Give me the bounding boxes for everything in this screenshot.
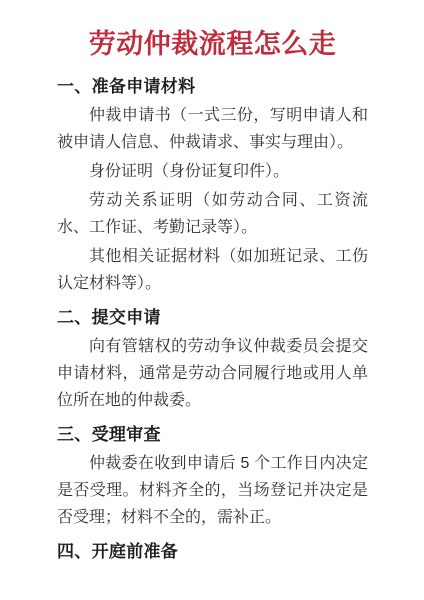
paragraph: 劳动关系证明（如劳动合同、工资流水、工作证、考勤记录等）。 <box>57 187 368 241</box>
section-heading: 三、受理审查 <box>57 421 368 448</box>
document-body: 一、准备申请材料 仲裁申请书（一式三份，写明申请人和被申请人信息、仲裁请求、事实… <box>57 73 368 565</box>
document-section: 三、受理审查 仲裁委在收到申请后 5 个工作日内决定是否受理。材料齐全的，当场登… <box>57 421 368 531</box>
document-page: 劳动仲裁流程怎么走 一、准备申请材料 仲裁申请书（一式三份，写明申请人和被申请人… <box>0 0 424 600</box>
section-paragraphs: 仲裁委在收到申请后 5 个工作日内决定是否受理。材料齐全的，当场登记并决定是否受… <box>57 450 368 531</box>
paragraph: 仲裁申请书（一式三份，写明申请人和被申请人信息、仲裁请求、事实与理由）。 <box>57 102 368 156</box>
section-heading: 四、开庭前准备 <box>57 538 368 565</box>
document-section: 四、开庭前准备 <box>57 538 368 565</box>
paragraph: 向有管辖权的劳动争议仲裁委员会提交申请材料，通常是劳动合同履行地或用人单位所在地… <box>57 333 368 414</box>
paragraph: 其他相关证据材料（如加班记录、工伤认定材料等）。 <box>57 243 368 297</box>
document-section: 二、提交申请 向有管辖权的劳动争议仲裁委员会提交申请材料，通常是劳动合同履行地或… <box>57 304 368 414</box>
page-title: 劳动仲裁流程怎么走 <box>57 26 368 62</box>
section-paragraphs: 仲裁申请书（一式三份，写明申请人和被申请人信息、仲裁请求、事实与理由）。身份证明… <box>57 102 368 297</box>
section-paragraphs: 向有管辖权的劳动争议仲裁委员会提交申请材料，通常是劳动合同履行地或用人单位所在地… <box>57 333 368 414</box>
document-section: 一、准备申请材料 仲裁申请书（一式三份，写明申请人和被申请人信息、仲裁请求、事实… <box>57 73 368 297</box>
paragraph: 仲裁委在收到申请后 5 个工作日内决定是否受理。材料齐全的，当场登记并决定是否受… <box>57 450 368 531</box>
section-heading: 二、提交申请 <box>57 304 368 331</box>
section-heading: 一、准备申请材料 <box>57 73 368 100</box>
paragraph: 身份证明（身份证复印件）。 <box>57 158 368 185</box>
